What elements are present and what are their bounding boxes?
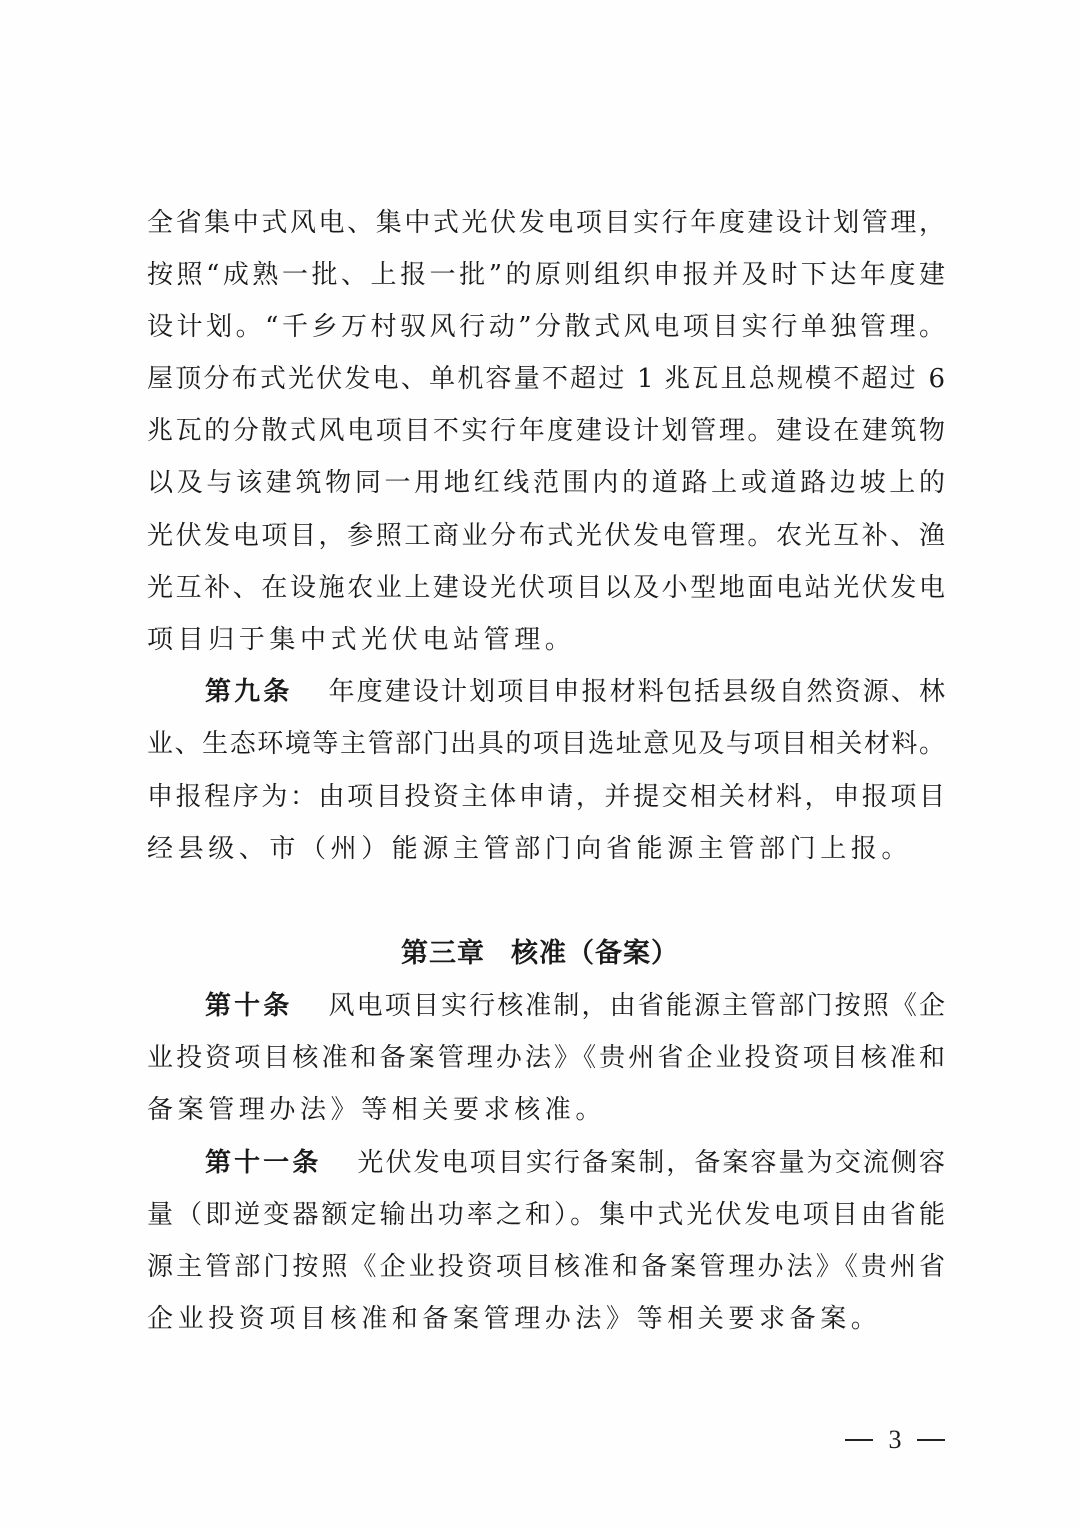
article-label: 第十条 [205,991,292,1021]
text-line: 企业投资项目核准和备案管理办法》等相关要求备案。 [147,1299,945,1339]
chapter-heading: 第三章核准（备案） [0,934,1080,974]
article-label: 第九条 [205,677,292,707]
page-number: 3 [845,1420,945,1460]
article-11-first-line: 第十一条光伏发电项目实行备案制，备案容量为交流侧容 [205,1143,945,1183]
text-line: 设计划。“千乡万村驭风行动”分散式风电项目实行单独管理。 [147,307,945,347]
text-line: 全省集中式风电、集中式光伏发电项目实行年度建设计划管理， [147,203,945,243]
text-line: 经县级、市（州）能源主管部门向省能源主管部门上报。 [147,829,945,869]
text-line: 源主管部门按照《企业投资项目核准和备案管理办法》《贵州省 [147,1247,945,1287]
article-label: 第十一条 [205,1148,321,1178]
chapter-number: 第三章 [401,938,485,969]
document-page: 全省集中式风电、集中式光伏发电项目实行年度建设计划管理， 按照“成熟一批、上报一… [0,0,1080,1527]
dash-left [845,1439,873,1441]
chapter-title: 核准（备案） [511,938,679,969]
text-line: 兆瓦的分散式风电项目不实行年度建设计划管理。建设在建筑物 [147,411,945,451]
text-line: 按照“成熟一批、上报一批”的原则组织申报并及时下达年度建 [147,255,945,295]
text-line: 申报程序为：由项目投资主体申请，并提交相关材料，申报项目 [147,777,945,817]
text-line: 光互补、在设施农业上建设光伏项目以及小型地面电站光伏发电 [147,568,945,608]
text-line: 光伏发电项目，参照工商业分布式光伏发电管理。农光互补、渔 [147,516,945,556]
text-line: 业投资项目核准和备案管理办法》《贵州省企业投资项目核准和 [147,1038,945,1078]
dash-right [917,1439,945,1441]
text-line: 以及与该建筑物同一用地红线范围内的道路上或道路边坡上的 [147,463,945,503]
text-line: 光伏发电项目实行备案制，备案容量为交流侧容 [355,1148,945,1178]
page-number-value: 3 [889,1420,902,1460]
article-9-first-line: 第九条年度建设计划项目申报材料包括县级自然资源、林 [205,672,945,712]
text-line: 年度建设计划项目申报材料包括县级自然资源、林 [326,677,945,707]
text-line: 风电项目实行核准制，由省能源主管部门按照《企 [326,991,945,1021]
text-line: 备案管理办法》等相关要求核准。 [147,1090,945,1130]
text-line: 量（即逆变器额定输出功率之和）。集中式光伏发电项目由省能 [147,1195,945,1235]
article-10-first-line: 第十条风电项目实行核准制，由省能源主管部门按照《企 [205,986,945,1026]
text-line: 项目归于集中式光伏电站管理。 [147,620,945,660]
text-line: 业、生态环境等主管部门出具的项目选址意见及与项目相关材料。 [147,724,945,764]
text-line: 屋顶分布式光伏发电、单机容量不超过 1 兆瓦且总规模不超过 6 [147,359,945,399]
